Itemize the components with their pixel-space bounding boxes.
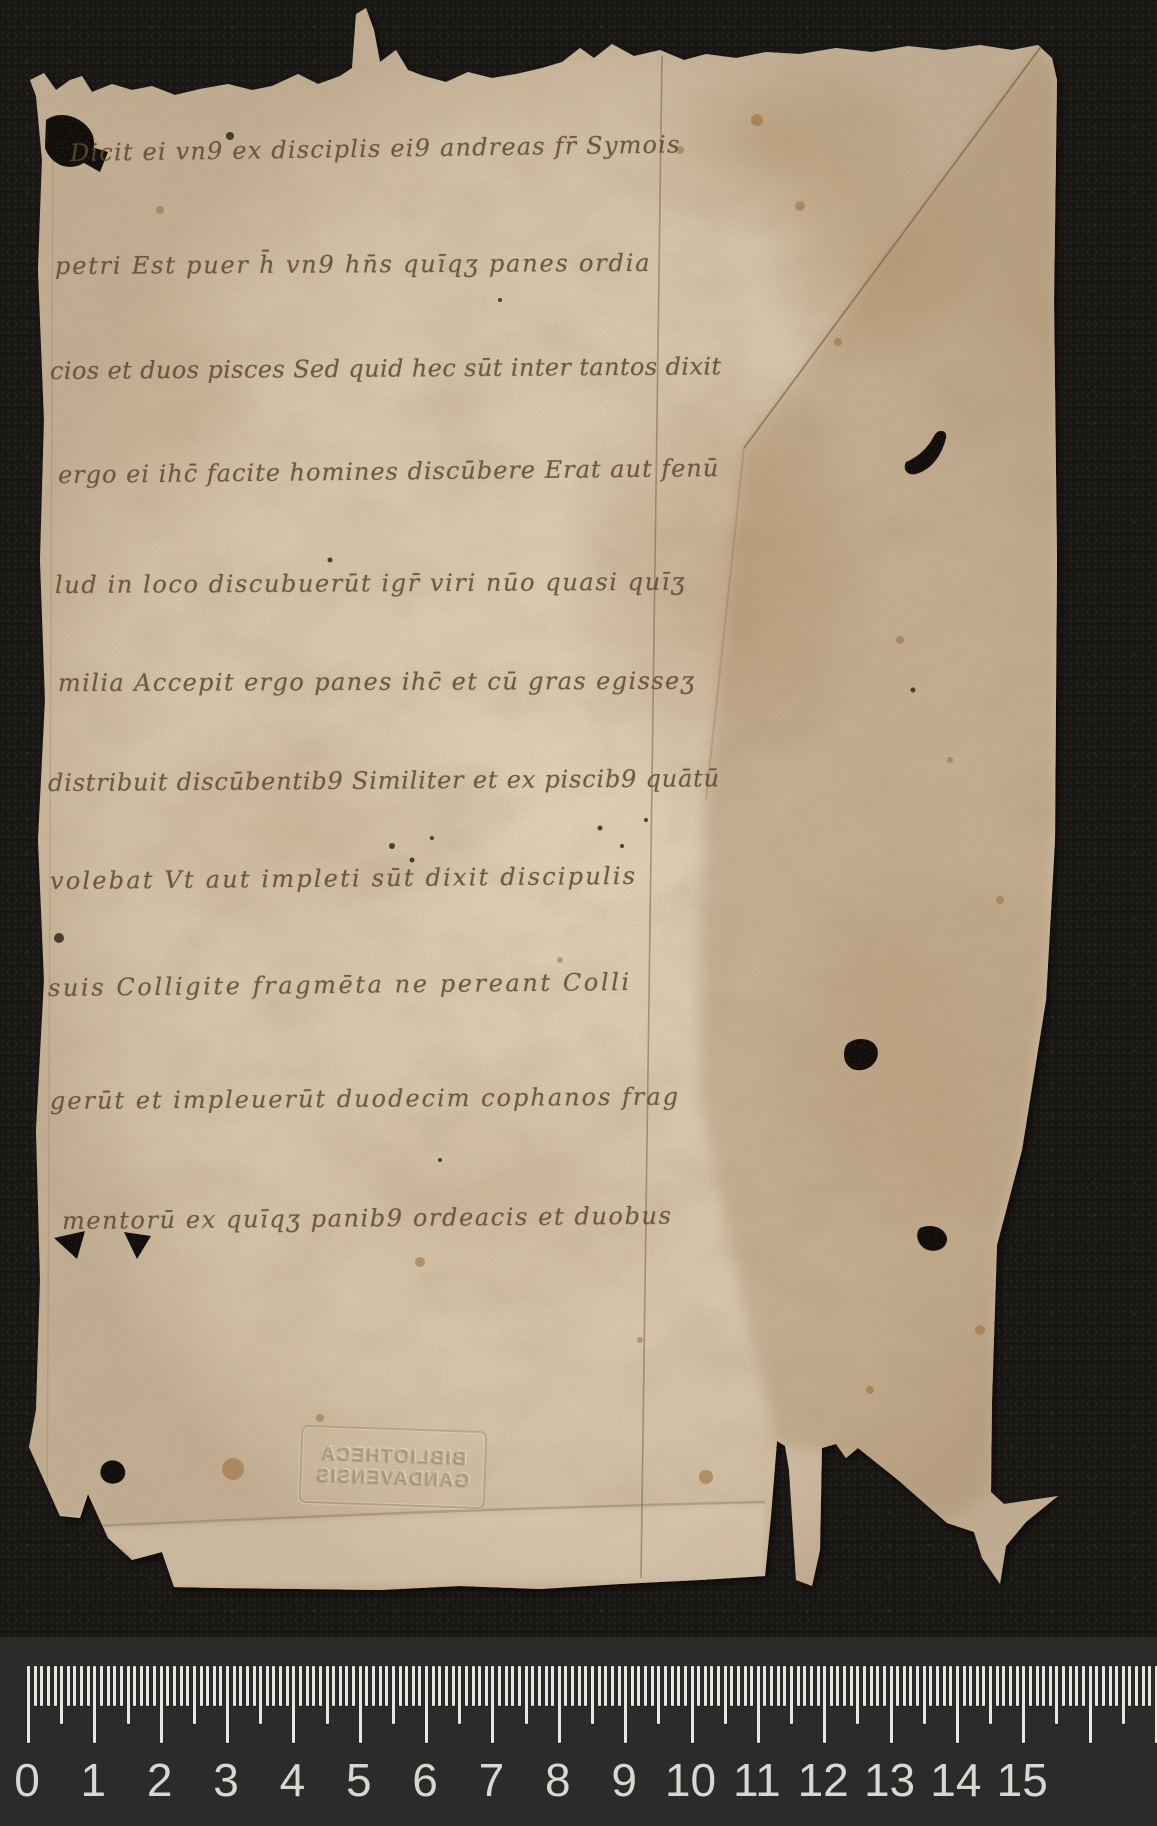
ruler-tick [856,1666,859,1724]
ruler-tick [478,1666,481,1706]
ruler-label: 1 [81,1756,107,1804]
ruler-tick [936,1666,939,1706]
ruler-tick [624,1666,627,1743]
ruler-tick [763,1666,766,1706]
ruler-tick [47,1666,50,1706]
ruler-tick [724,1666,727,1724]
ruler-tick [458,1666,461,1724]
ruler-tick [956,1666,959,1743]
ruler-tick [385,1666,388,1706]
ruler-tick [299,1666,302,1706]
ruler-tick [1062,1666,1065,1706]
ruler-label: 8 [545,1756,571,1804]
ruler-tick [54,1666,57,1706]
ruler-tick [1022,1666,1025,1743]
ruler-tick [1069,1666,1072,1706]
ruler-tick [319,1666,322,1706]
ruler-tick [93,1666,96,1743]
ruler-tick [790,1666,793,1724]
ruler-tick [306,1666,309,1706]
ruler-tick [691,1666,694,1743]
ruler-tick [863,1666,866,1706]
ruler-tick [843,1666,846,1706]
ruler-tick [538,1666,541,1706]
ruler-tick [412,1666,415,1706]
ruler-tick [677,1666,680,1706]
ruler-tick [671,1666,674,1706]
ruler-tick [491,1666,494,1743]
ruler-tick [744,1666,747,1706]
ruler-tick [903,1666,906,1706]
ruler-tick [67,1666,70,1706]
ruler-tick [206,1666,209,1706]
ruler-tick [372,1666,375,1706]
ruler-tick [180,1666,183,1706]
ruler-tick [697,1666,700,1706]
ruler-tick [40,1666,43,1706]
ruler-tick [564,1666,567,1706]
ruler-tick [598,1666,601,1706]
ruler-tick [452,1666,455,1706]
ruler-tick [836,1666,839,1706]
ruler-tick [963,1666,966,1706]
ruler-tick [1122,1666,1125,1724]
ruler-tick [797,1666,800,1706]
ruler-tick [498,1666,501,1706]
ruler-tick [425,1666,428,1743]
ruler-tick [120,1666,123,1706]
ruler-tick [1002,1666,1005,1706]
ruler-tick [272,1666,275,1706]
ruler-tick [777,1666,780,1706]
ruler-tick [286,1666,289,1706]
ruler-label: 2 [147,1756,173,1804]
ruler-tick [1128,1666,1131,1706]
ruler-tick [292,1666,295,1743]
ruler-tick [737,1666,740,1706]
ruler-tick [757,1666,760,1743]
ruler-tick [1095,1666,1098,1706]
ruler-tick [644,1666,647,1706]
ruler-tick [339,1666,342,1706]
ruler-tick [923,1666,926,1724]
ruler-tick [146,1666,149,1706]
ruler-tick [770,1666,773,1706]
ruler-tick [445,1666,448,1706]
ruler-tick [710,1666,713,1706]
ruler-tick [193,1666,196,1724]
ruler-tick [803,1666,806,1706]
ruler-label: 0 [14,1756,40,1804]
ruler-tick [876,1666,879,1706]
ruler-tick [1029,1666,1032,1706]
ruler-tick [850,1666,853,1706]
ruler-tick [226,1666,229,1743]
ruler-label: 15 [997,1756,1048,1804]
ruler-tick [1148,1666,1151,1706]
ruler-tick [1082,1666,1085,1706]
ruler-label: 4 [280,1756,306,1804]
ruler-tick [657,1666,660,1724]
ruler-tick [684,1666,687,1706]
ruler-tick [1109,1666,1112,1706]
ruler-tick [949,1666,952,1706]
ruler-label: 9 [611,1756,637,1804]
ruler-tick [618,1666,621,1706]
ruler-tick [332,1666,335,1706]
ruler-tick [817,1666,820,1706]
ruler-tick [1016,1666,1019,1706]
ruler-tick [485,1666,488,1706]
ruler-tick [173,1666,176,1706]
ruler-label: 10 [665,1756,716,1804]
ruler-tick [518,1666,521,1706]
ruler-tick [239,1666,242,1706]
ruler-tick [233,1666,236,1706]
ruler-tick [472,1666,475,1706]
ruler-tick [352,1666,355,1706]
ruler-tick [153,1666,156,1706]
ruler-tick [969,1666,972,1706]
ruler-tick [551,1666,554,1706]
photo-stage: Dicit ei vn9 ex disciplis ei9 andreas fr… [0,0,1157,1826]
ruler-label: 11 [733,1756,781,1804]
ruler-tick [465,1666,468,1706]
ruler-tick [379,1666,382,1706]
ruler-tick [213,1666,216,1706]
ruler-tick [405,1666,408,1706]
ruler-tick [27,1666,30,1743]
ruler-tick [326,1666,329,1724]
ruler-tick [166,1666,169,1706]
ruler-tick [584,1666,587,1706]
ruler-tick [100,1666,103,1706]
ruler-tick [929,1666,932,1706]
ruler-tick [591,1666,594,1724]
ruler-tick [259,1666,262,1724]
ruler-tick [511,1666,514,1706]
ruler-tick [750,1666,753,1706]
ruler-tick [996,1666,999,1706]
ruler-tick [219,1666,222,1706]
ruler-tick [1042,1666,1045,1706]
ruler-tick [200,1666,203,1706]
ruler-tick [525,1666,528,1724]
ruler-tick [312,1666,315,1706]
ruler-tick [359,1666,362,1743]
ruler-tick [399,1666,402,1706]
ruler-tick [80,1666,83,1706]
ruler-tick [545,1666,548,1706]
ruler-tick [890,1666,893,1743]
ruler-tick [717,1666,720,1706]
ruler-tick [345,1666,348,1706]
ruler-tick [1055,1666,1058,1724]
ruler-tick [830,1666,833,1706]
ruler-tick [664,1666,667,1706]
ruler-tick [34,1666,37,1706]
ruler-tick [392,1666,395,1724]
ruler-tick [783,1666,786,1706]
ruler-label: 5 [346,1756,372,1804]
ruler-tick [883,1666,886,1706]
ruler-label: 12 [798,1756,849,1804]
ruler-tick [531,1666,534,1706]
ruler-tick [1049,1666,1052,1706]
ruler-tick [823,1666,826,1743]
ruler-tick [1142,1666,1145,1706]
ruler-tick [113,1666,116,1706]
ruler-label: 3 [213,1756,239,1804]
library-stamp: BIBLIOTHECA GANDAVENSIS [299,1425,488,1509]
ruler-tick [438,1666,441,1706]
ruler-label: 6 [412,1756,438,1804]
ruler-tick [651,1666,654,1706]
ruler-tick [186,1666,189,1706]
ruler-tick [571,1666,574,1706]
manuscript-page [0,0,1157,1826]
ruler-tick [253,1666,256,1706]
ruler-tick [418,1666,421,1706]
ruler-tick [140,1666,143,1706]
ruler-tick [976,1666,979,1706]
ruler-tick [611,1666,614,1706]
ruler-tick [1102,1666,1105,1706]
ruler-tick [558,1666,561,1743]
ruler: 0123456789101112131415 [0,1637,1157,1826]
ruler-tick [266,1666,269,1706]
ruler-tick [943,1666,946,1706]
ruler-tick [365,1666,368,1706]
ruler-tick [730,1666,733,1706]
ruler-tick [1089,1666,1092,1743]
ruler-tick [133,1666,136,1706]
ruler-tick [107,1666,110,1706]
ruler-tick [279,1666,282,1706]
ruler-tick [989,1666,992,1724]
ruler-tick [578,1666,581,1706]
ruler-label: 13 [864,1756,915,1804]
ruler-tick [909,1666,912,1706]
ruler-tick [1115,1666,1118,1706]
ruler-tick [982,1666,985,1706]
ruler-tick [432,1666,435,1706]
ruler-tick [160,1666,163,1743]
ruler-label: 7 [479,1756,505,1804]
ruler-tick [810,1666,813,1706]
ruler-tick [1075,1666,1078,1706]
ruler-tick [127,1666,130,1724]
ruler-tick [87,1666,90,1706]
stamp-line2: GANDAVENSIS [315,1465,470,1491]
ruler-tick [870,1666,873,1706]
ruler-tick [896,1666,899,1706]
ruler-label: 14 [930,1756,981,1804]
ruler-tick [1036,1666,1039,1706]
ruler-tick [1135,1666,1138,1706]
ruler-tick [1009,1666,1012,1706]
ruler-tick [73,1666,76,1706]
ruler-tick [916,1666,919,1706]
ruler-tick [505,1666,508,1706]
ruler-tick [246,1666,249,1706]
ruler-tick [631,1666,634,1706]
ruler-tick [60,1666,63,1724]
ruler-tick [604,1666,607,1706]
ruler-tick [704,1666,707,1706]
ruler-tick [637,1666,640,1706]
